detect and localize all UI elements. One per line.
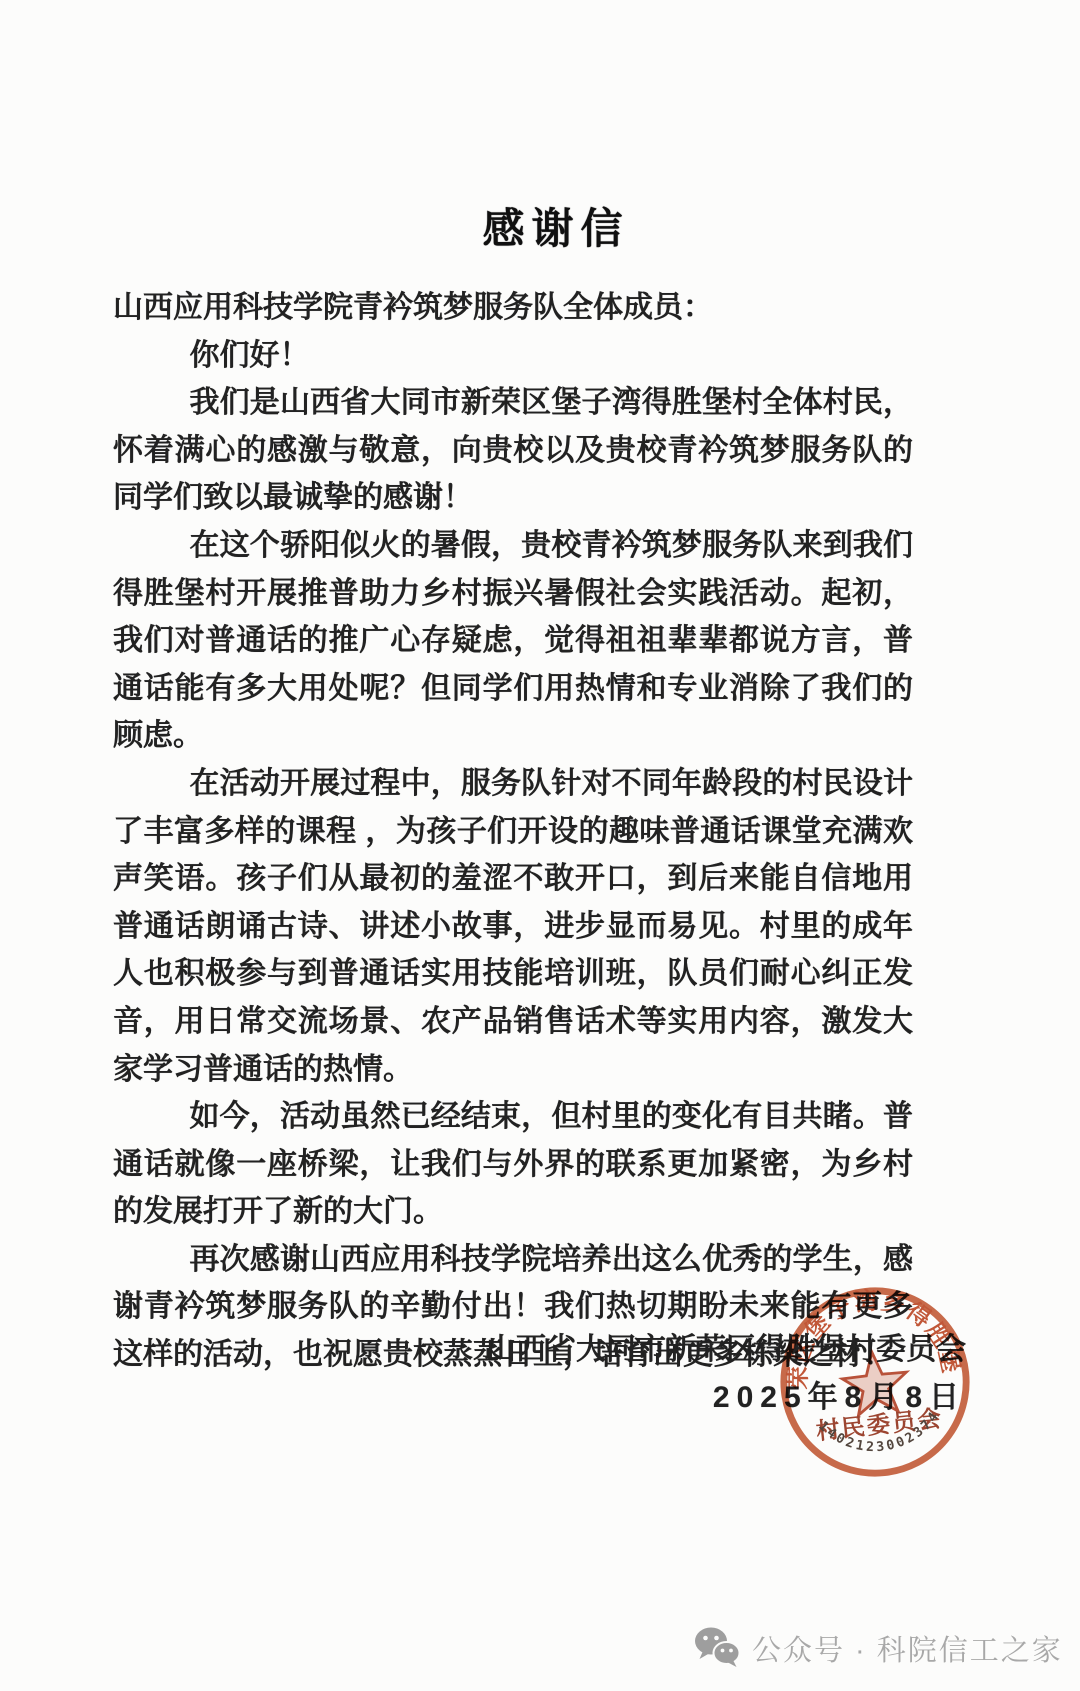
paragraph-2: 在这个骄阳似火的暑假，贵校青衿筑梦服务队来到我们得胜堡村开展推普助力乡村振兴暑假… <box>113 522 913 760</box>
watermark-footer: 公众号 · 科院信工之家 <box>694 1626 1063 1670</box>
official-seal: 新荣区堡子湾乡得胜堡村 村民委员会 1402123002374 <box>767 1274 982 1489</box>
letter-title: 感谢信 <box>16 196 1080 256</box>
star-icon <box>840 1349 910 1417</box>
paragraph-3: 在活动开展过程中，服务队针对不同年龄段的村民设计了丰富多样的课程 ，为孩子们开设… <box>113 760 913 1093</box>
letter-body: 山西应用科技学院青衿筑梦服务队全体成员： 你们好！ 我们是山西省大同市新荣区堡子… <box>113 284 913 1379</box>
greeting: 你们好！ <box>113 332 913 380</box>
wechat-icon <box>694 1626 740 1670</box>
watermark-label: 公众号 · 科院信工之家 <box>752 1628 1063 1669</box>
salutation: 山西应用科技学院青衿筑梦服务队全体成员： <box>113 284 913 332</box>
paragraph-1: 我们是山西省大同市新荣区堡子湾得胜堡村全体村民，怀着满心的感激与敬意，向贵校以及… <box>113 379 913 522</box>
letter-page: 感谢信 山西应用科技学院青衿筑梦服务队全体成员： 你们好！ 我们是山西省大同市新… <box>0 0 1080 1691</box>
paragraph-4: 如今，活动虽然已经结束，但村里的变化有目共睹。普通话就像一座桥梁，让我们与外界的… <box>113 1093 913 1236</box>
